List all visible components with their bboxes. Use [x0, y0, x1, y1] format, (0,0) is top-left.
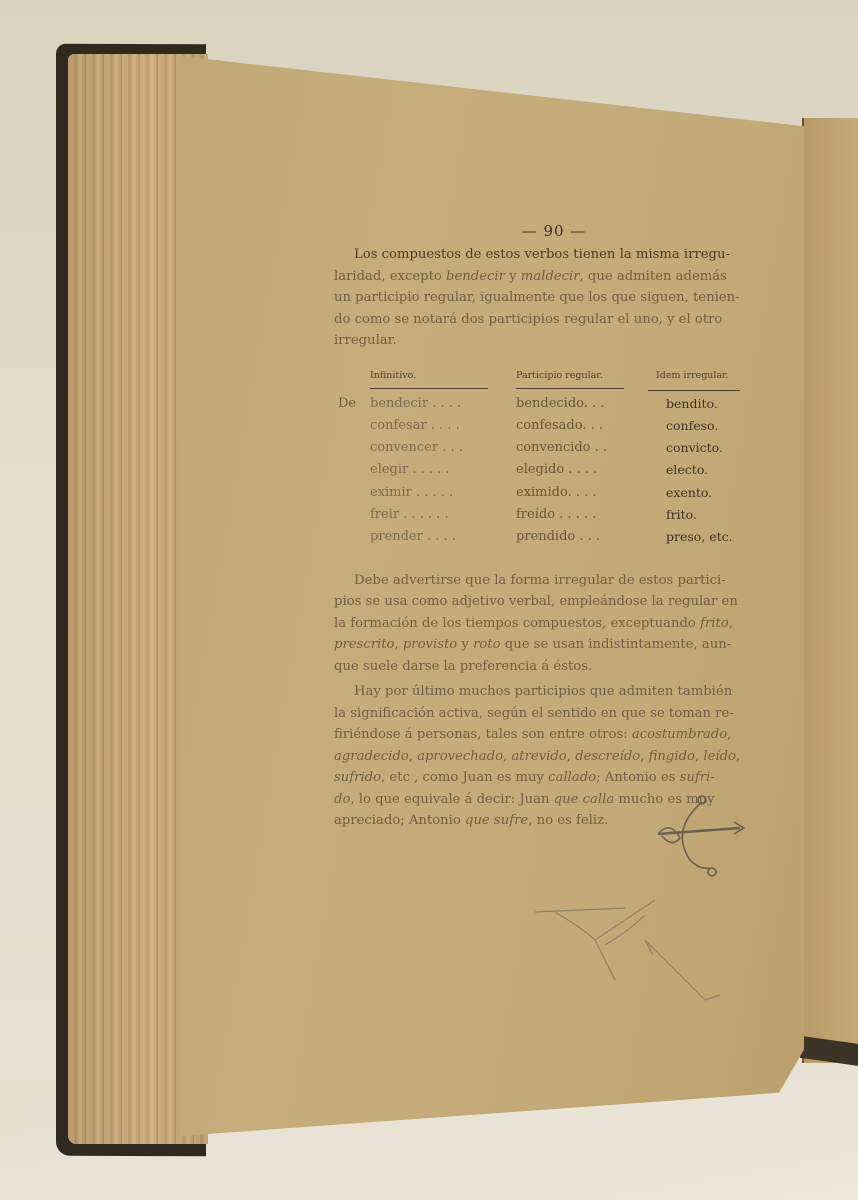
cell-regular: convencido . . — [516, 440, 607, 455]
cell-regular: confesado. . . — [516, 418, 603, 433]
paragraph-1: Los compuestos de estos verbos tienen la… — [334, 244, 774, 352]
line-with-italics: prescrito, provisto y roto que se usan i… — [334, 634, 774, 656]
header-rule — [648, 390, 740, 391]
header-rule — [370, 388, 488, 389]
column-header-irregular: Idem irregular. — [656, 370, 729, 381]
cell-irregular: convicto. — [666, 440, 723, 455]
paragraph-2: Debe advertirse que la forma irregular d… — [334, 570, 774, 678]
cell-irregular: bendito. — [666, 396, 718, 411]
line-with-italics: laridad, excepto bendecir y maldecir, qu… — [334, 266, 774, 288]
line: irregular. — [334, 333, 397, 348]
column-header-infinitive: Infinitivo. — [370, 370, 416, 381]
cell-infinitive: confesar . . . . — [370, 418, 460, 433]
line: do como se notará dos participios regula… — [334, 312, 722, 327]
line: que suele darse la preferencia á éstos. — [334, 659, 592, 674]
cell-infinitive: convencer . . . — [370, 440, 463, 455]
table-row: elegir . . . . . elegido . . . . electo. — [334, 462, 774, 484]
row-prefix: De — [338, 396, 356, 411]
table-row: De bendecir . . . . bendecido. . . bendi… — [334, 396, 774, 418]
cell-infinitive: freir . . . . . . — [370, 507, 449, 522]
header-rule — [516, 388, 624, 389]
cell-irregular: frito. — [666, 507, 697, 522]
line-with-italics: agradecido, aprovechado, atrevido, descr… — [334, 746, 774, 768]
participles-table: Infinitivo. Participio regular. Idem irr… — [334, 370, 774, 526]
cell-infinitive: prender . . . . — [370, 529, 456, 544]
table-row: convencer . . . convencido . . convicto. — [334, 440, 774, 462]
cell-regular: freído . . . . . — [516, 507, 596, 522]
bow-and-arrow-sketch-icon — [650, 790, 750, 880]
line: pios se usa como adjetivo verbal, empleá… — [334, 594, 738, 609]
cell-regular: prendido . . . — [516, 529, 600, 544]
cell-regular: eximido. . . . — [516, 485, 597, 500]
line-with-italics: sufrido, etc , como Juan es muy callado;… — [334, 767, 774, 789]
cell-infinitive: elegir . . . . . — [370, 462, 450, 477]
line-with-italics: la formación de los tiempos compuestos, … — [334, 613, 774, 635]
page-content: — 90 — Los compuestos de estos verbos ti… — [334, 222, 774, 832]
line: Los compuestos de estos verbos tienen la… — [354, 247, 730, 262]
cell-irregular: confeso. — [666, 418, 718, 433]
line: un participio regular, igualmente que lo… — [334, 290, 740, 305]
cell-regular: bendecido. . . — [516, 396, 604, 411]
cell-irregular: exento. — [666, 485, 712, 500]
table-row: freir . . . . . . freído . . . . . frito… — [334, 507, 774, 529]
page-number: — 90 — — [334, 222, 774, 240]
line: Hay por último muchos participios que ad… — [354, 684, 732, 699]
line: la significación activa, según el sentid… — [334, 706, 734, 721]
cell-infinitive: bendecir . . . . — [370, 396, 461, 411]
bird-sketch-icon — [535, 900, 745, 1010]
column-header-regular: Participio regular. — [516, 370, 603, 381]
table-row: prender . . . . prendido . . . preso, et… — [334, 529, 774, 551]
line: Debe advertirse que la forma irregular d… — [354, 573, 726, 588]
cell-irregular: preso, etc. — [666, 529, 733, 544]
cell-infinitive: eximir . . . . . — [370, 485, 453, 500]
table-row: eximir . . . . . eximido. . . . exento. — [334, 485, 774, 507]
table-row: confesar . . . . confesado. . . confeso. — [334, 418, 774, 440]
line-with-italics: firiéndose á personas, tales son entre o… — [334, 724, 774, 746]
right-page — [802, 118, 858, 1063]
cell-regular: elegido . . . . — [516, 462, 597, 477]
cell-irregular: electo. — [666, 462, 708, 477]
